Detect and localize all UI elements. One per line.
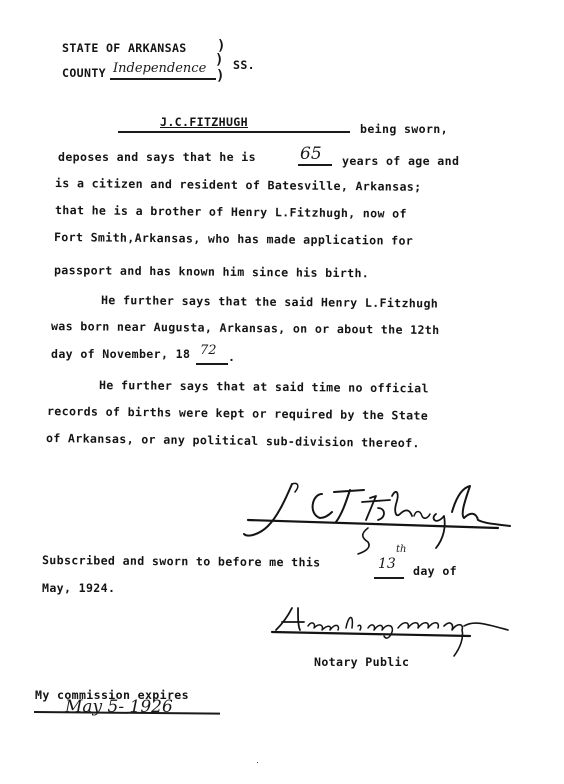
county-label: COUNTY: [62, 66, 106, 80]
para1-line4: Fort Smith,Arkansas, who has made applic…: [54, 230, 413, 248]
being-sworn-text: being sworn,: [360, 122, 448, 136]
para1-line3: that he is a brother of Henry L.Fitzhugh…: [55, 203, 407, 221]
para1-line1-pre: deposes and says that he is: [58, 150, 256, 164]
age-handwritten: 65: [300, 144, 322, 164]
para2-line2: was born near Augusta, Arkansas, on or a…: [51, 319, 440, 337]
brace-bottom: ): [216, 68, 224, 84]
notary-title: Notary Public: [314, 655, 409, 669]
speck: [257, 762, 258, 763]
jurat-day-suffix: th: [396, 544, 406, 555]
para1-line2: is a citizen and resident of Batesville,…: [55, 176, 422, 194]
ss-label: SS.: [233, 58, 255, 72]
para1-line1-post: years of age and: [342, 154, 459, 168]
affiant-name-underline: [118, 131, 350, 133]
birth-year-handwritten: 72: [200, 343, 217, 358]
age-underline: [298, 164, 332, 166]
para2-line3-post: .: [228, 350, 235, 364]
jurat-day-underline: [374, 577, 404, 579]
jurat-day-handwritten: 13: [378, 556, 396, 572]
para2-line1: He further says that the said Henry L.Fi…: [101, 293, 438, 311]
jurat-line1-post: day of: [413, 564, 457, 578]
state-label: STATE OF ARKANSAS: [62, 41, 187, 55]
para3-line2: records of births were kept or required …: [47, 404, 428, 423]
para3-line3: of Arkansas, or any political sub-divisi…: [46, 431, 420, 450]
county-value-handwritten: Independence: [113, 61, 206, 76]
jurat-line1-pre: Subscribed and sworn to before me this: [42, 553, 321, 569]
para1-line5: passport and has known him since his bir…: [54, 263, 369, 280]
jurat-line2: May, 1924.: [42, 581, 115, 595]
birth-year-underline: [196, 363, 228, 365]
brace-middle: ): [215, 52, 223, 68]
affiant-signature: J.C.Fitzhugh: [240, 478, 540, 558]
para2-line3-pre: day of November, 18: [51, 347, 190, 361]
affiant-name: J.C.FITZHUGH: [160, 115, 248, 129]
county-underline: [110, 78, 216, 80]
para3-line1: He further says that at said time no off…: [99, 378, 429, 395]
